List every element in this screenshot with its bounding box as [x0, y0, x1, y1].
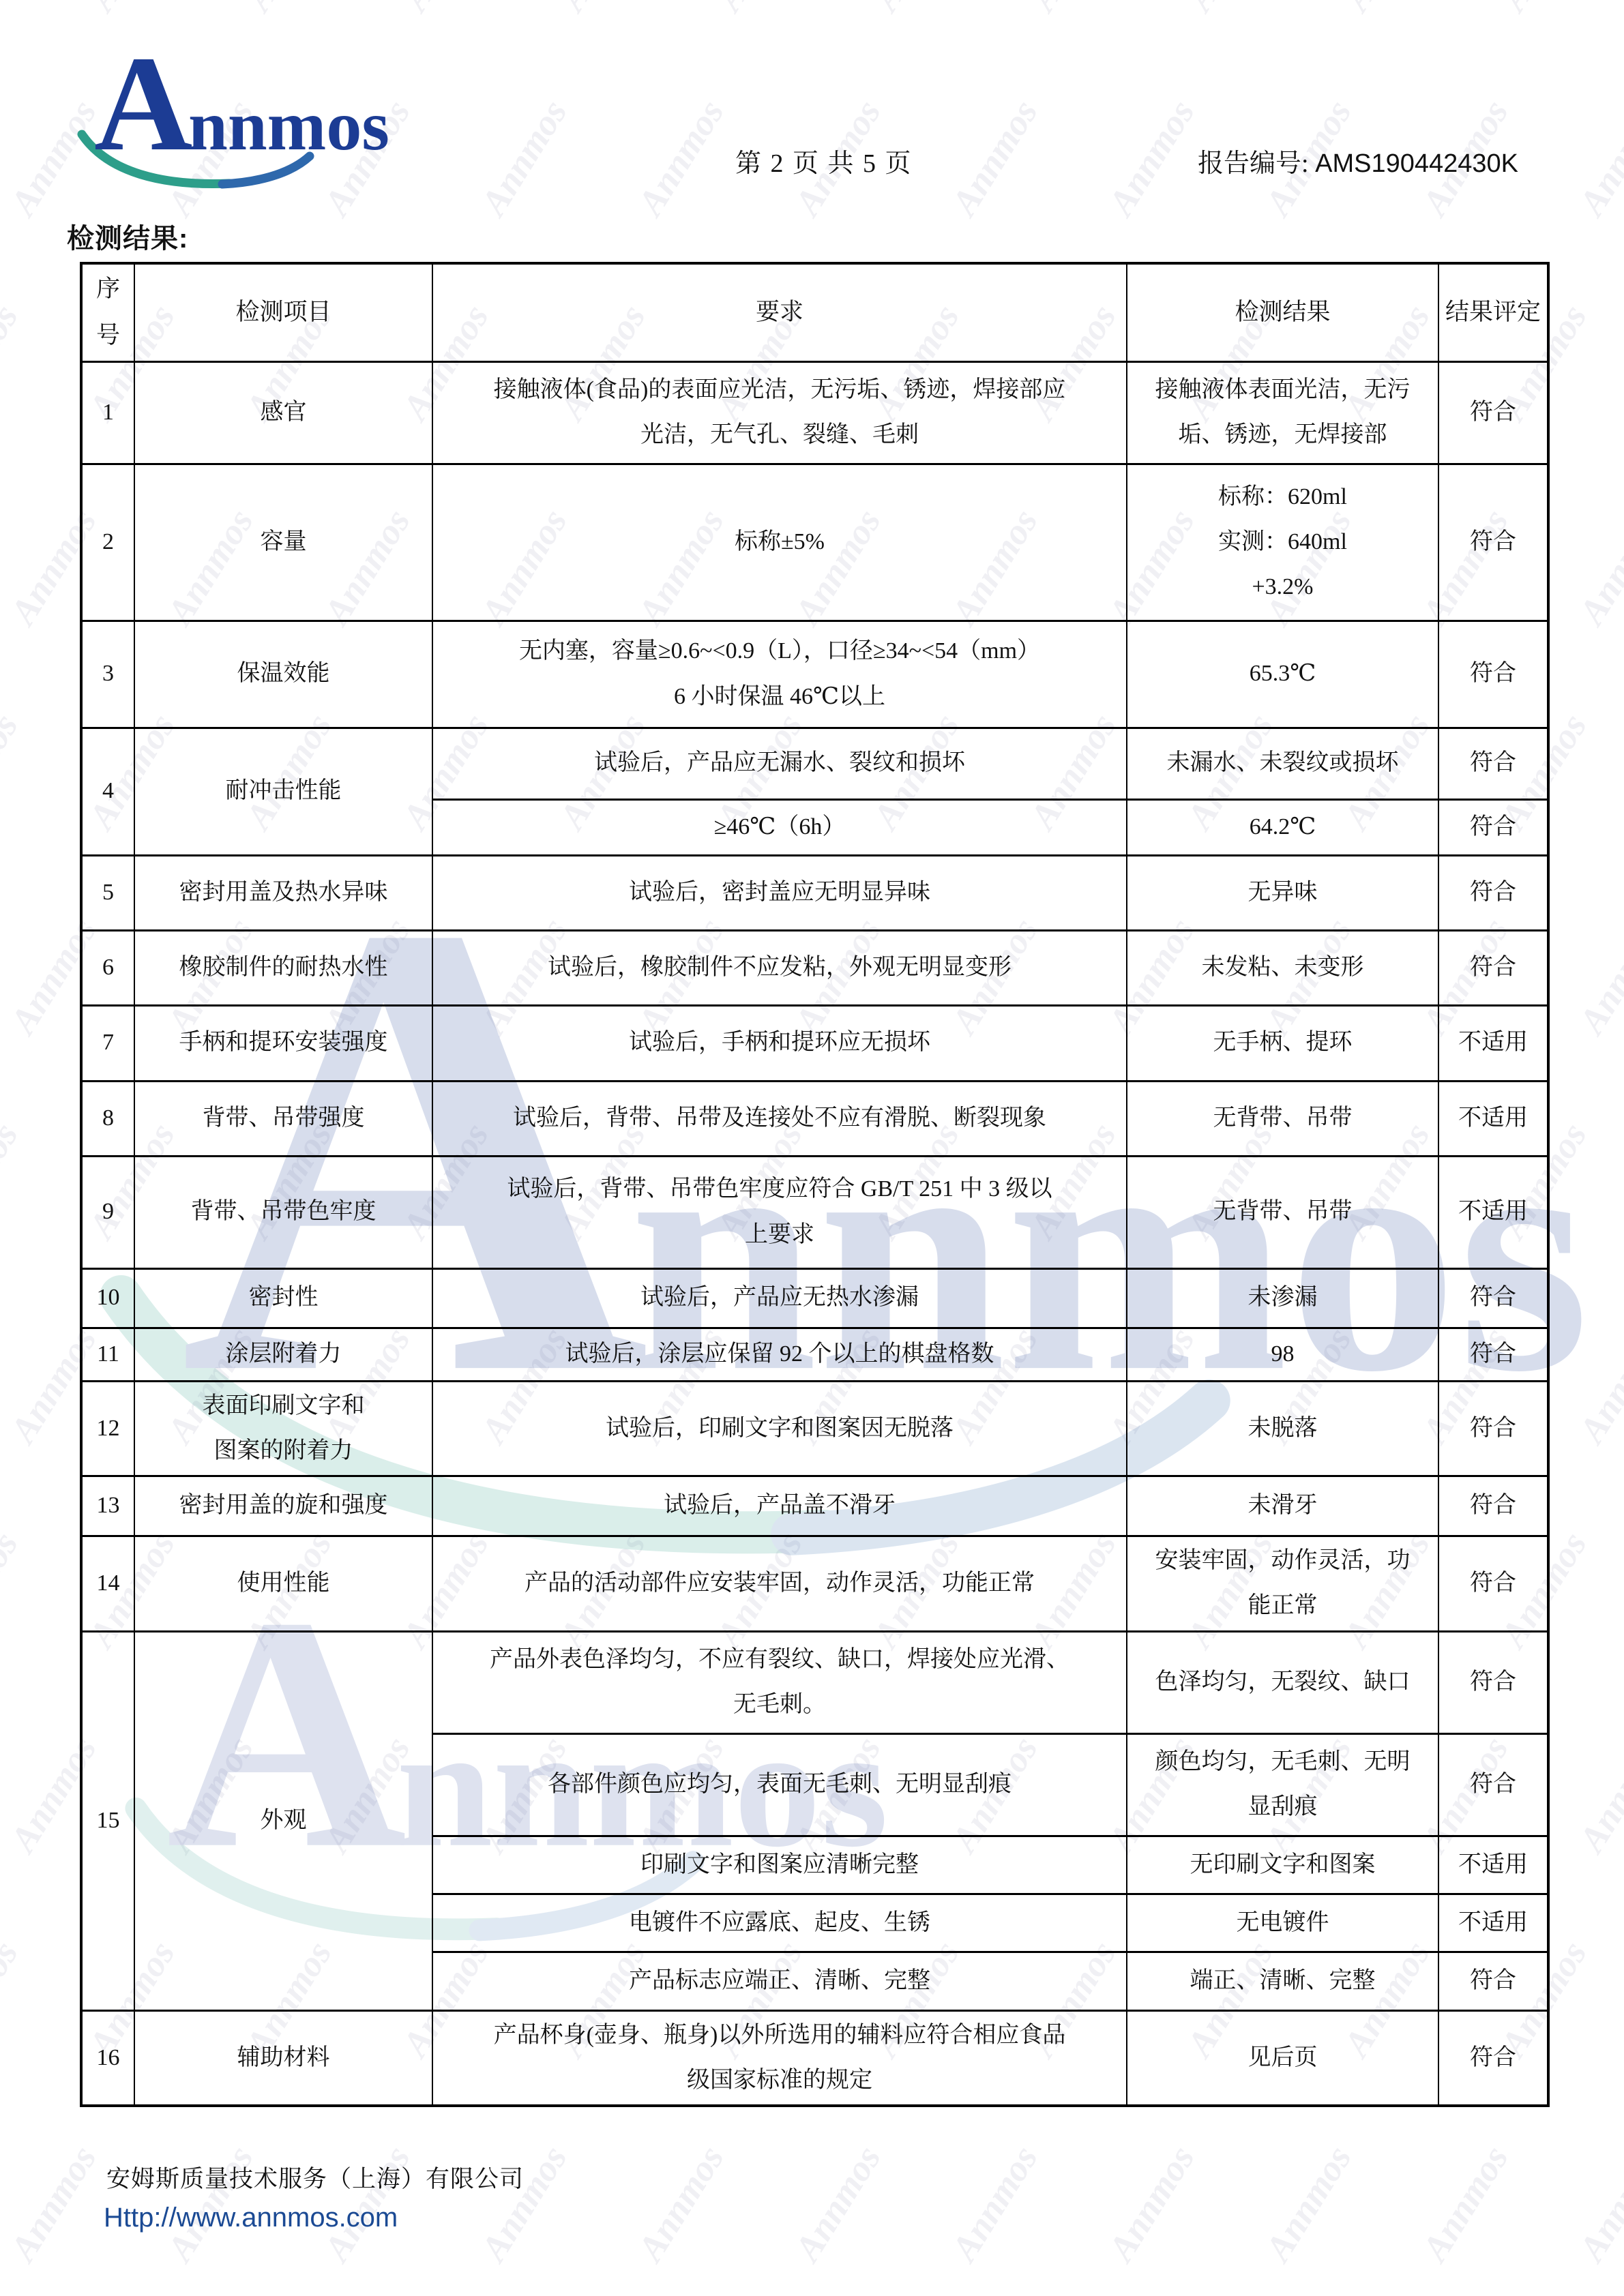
row-verdict: 符合	[1438, 1381, 1548, 1476]
row-no: 6	[81, 930, 134, 1005]
row-verdict: 符合	[1438, 1268, 1548, 1328]
row-verdict: 不适用	[1438, 1156, 1548, 1268]
row-verdict: 不适用	[1438, 1081, 1548, 1156]
row-no: 1	[81, 361, 134, 464]
row-result: 安装牢固，动作灵活，功 能正常	[1127, 1536, 1438, 1632]
row-result: 见后页	[1127, 2010, 1438, 2106]
logo-letter-a: A	[94, 31, 192, 179]
table-row: 15 外观 产品外表色泽均匀，不应有裂纹、缺口，焊接处应光滑、 无毛刺。 色泽均…	[81, 1631, 1548, 1733]
row-result: 颜色均匀，无毛刺、无明 显刮痕	[1127, 1733, 1438, 1836]
row-no: 15	[81, 1631, 134, 2010]
row-item: 容量	[134, 464, 432, 621]
row-item: 橡胶制件的耐热水性	[134, 930, 432, 1005]
row-requirement: 试验后，产品应无漏水、裂纹和损坏	[432, 728, 1127, 799]
annmos-logo-icon: A nnmos	[74, 31, 394, 189]
row-result: 端正、清晰、完整	[1127, 1952, 1438, 2010]
row-no: 10	[81, 1268, 134, 1328]
row-verdict: 符合	[1438, 464, 1548, 621]
row-verdict: 不适用	[1438, 1836, 1548, 1894]
table-row: 13 密封用盖的旋和强度 试验后，产品盖不滑牙 未滑牙 符合	[81, 1476, 1548, 1536]
row-item: 涂层附着力	[134, 1328, 432, 1381]
row-requirement: 试验后，密封盖应无明显异味	[432, 855, 1127, 930]
row-no: 16	[81, 2010, 134, 2106]
row-no: 11	[81, 1328, 134, 1381]
row-no: 12	[81, 1381, 134, 1476]
row-item: 密封性	[134, 1268, 432, 1328]
table-header-row: 序号 检测项目 要求 检测结果 结果评定	[81, 263, 1548, 361]
section-title: 检测结果:	[67, 217, 188, 256]
row-item: 耐冲击性能	[134, 728, 432, 855]
table-row: 4 耐冲击性能 试验后，产品应无漏水、裂纹和损坏 未漏水、未裂纹或损坏 符合	[81, 728, 1548, 799]
row-result: 98	[1127, 1328, 1438, 1381]
row-item: 辅助材料	[134, 2010, 432, 2106]
row-requirement: ≥46℃（6h）	[432, 799, 1127, 855]
row-no: 13	[81, 1476, 134, 1536]
row-requirement: 产品杯身(壶身、瓶身)以外所选用的辅料应符合相应食品 级国家标准的规定	[432, 2010, 1127, 2106]
col-header-result: 检测结果	[1127, 263, 1438, 361]
table-row: 5 密封用盖及热水异味 试验后，密封盖应无明显异味 无异味 符合	[81, 855, 1548, 930]
row-item: 背带、吊带色牢度	[134, 1156, 432, 1268]
row-verdict: 符合	[1438, 1631, 1548, 1733]
row-no: 2	[81, 464, 134, 621]
row-no: 5	[81, 855, 134, 930]
row-verdict: 符合	[1438, 1476, 1548, 1536]
col-header-item: 检测项目	[134, 263, 432, 361]
row-result: 未漏水、未裂纹或损坏	[1127, 728, 1438, 799]
row-result: 无异味	[1127, 855, 1438, 930]
row-verdict: 符合	[1438, 1733, 1548, 1836]
page-number-indicator: 第 2 页 共 5 页	[735, 142, 913, 179]
row-result: 无电镀件	[1127, 1894, 1438, 1952]
company-logo: A nnmos	[74, 31, 394, 189]
row-result: 未发粘、未变形	[1127, 930, 1438, 1005]
row-result: 未渗漏	[1127, 1268, 1438, 1328]
results-table: 序号 检测项目 要求 检测结果 结果评定 1 感官 接触液体(食品)的表面应光洁…	[80, 262, 1550, 2107]
table-row: 11 涂层附着力 试验后，涂层应保留 92 个以上的棋盘格数 98 符合	[81, 1328, 1548, 1381]
row-verdict: 符合	[1438, 728, 1548, 799]
table-row: 8 背带、吊带强度 试验后，背带、吊带及连接处不应有滑脱、断裂现象 无背带、吊带…	[81, 1081, 1548, 1156]
row-requirement: 产品标志应端正、清晰、完整	[432, 1952, 1127, 2010]
row-result: 标称：620ml 实测：640ml +3.2%	[1127, 464, 1438, 621]
row-requirement: 试验后，涂层应保留 92 个以上的棋盘格数	[432, 1328, 1127, 1381]
row-verdict: 符合	[1438, 1952, 1548, 2010]
report-number-value: AMS190442430K	[1315, 149, 1518, 178]
row-verdict: 符合	[1438, 799, 1548, 855]
row-result: 接触液体表面光洁，无污 垢、锈迹，无焊接部	[1127, 361, 1438, 464]
row-verdict: 不适用	[1438, 1005, 1548, 1081]
row-requirement: 产品外表色泽均匀，不应有裂纹、缺口，焊接处应光滑、 无毛刺。	[432, 1631, 1127, 1733]
row-verdict: 符合	[1438, 621, 1548, 728]
row-requirement: 印刷文字和图案应清晰完整	[432, 1836, 1127, 1894]
row-requirement: 电镀件不应露底、起皮、生锈	[432, 1894, 1127, 1952]
table-row: 16 辅助材料 产品杯身(壶身、瓶身)以外所选用的辅料应符合相应食品 级国家标准…	[81, 2010, 1548, 2106]
row-verdict: 符合	[1438, 1328, 1548, 1381]
row-requirement: 试验后，产品应无热水渗漏	[432, 1268, 1127, 1328]
row-requirement: 试验后，背带、吊带色牢度应符合 GB/T 251 中 3 级以 上要求	[432, 1156, 1127, 1268]
col-header-verdict: 结果评定	[1438, 263, 1548, 361]
row-verdict: 符合	[1438, 930, 1548, 1005]
row-result: 色泽均匀，无裂纹、缺口	[1127, 1631, 1438, 1733]
row-result: 65.3℃	[1127, 621, 1438, 728]
col-header-no: 序号	[81, 263, 134, 361]
report-number-label: 报告编号:	[1198, 149, 1315, 178]
table-row: 6 橡胶制件的耐热水性 试验后，橡胶制件不应发粘，外观无明显变形 未发粘、未变形…	[81, 930, 1548, 1005]
row-item: 表面印刷文字和 图案的附着力	[134, 1381, 432, 1476]
row-no: 3	[81, 621, 134, 728]
row-no: 7	[81, 1005, 134, 1081]
table-row: 7 手柄和提环安装强度 试验后，手柄和提环应无损坏 无手柄、提环 不适用	[81, 1005, 1548, 1081]
row-requirement: 试验后，背带、吊带及连接处不应有滑脱、断裂现象	[432, 1081, 1127, 1156]
row-item: 密封用盖的旋和强度	[134, 1476, 432, 1536]
table-row: 9 背带、吊带色牢度 试验后，背带、吊带色牢度应符合 GB/T 251 中 3 …	[81, 1156, 1548, 1268]
row-item: 使用性能	[134, 1536, 432, 1632]
table-row: 2 容量 标称±5% 标称：620ml 实测：640ml +3.2% 符合	[81, 464, 1548, 621]
row-no: 8	[81, 1081, 134, 1156]
row-item: 手柄和提环安装强度	[134, 1005, 432, 1081]
row-requirement: 试验后，产品盖不滑牙	[432, 1476, 1127, 1536]
footer-website-link[interactable]: Http://www.annmos.com	[104, 2203, 398, 2233]
row-no: 14	[81, 1536, 134, 1632]
logo-word-rest: nnmos	[188, 87, 389, 165]
table-row: 10 密封性 试验后，产品应无热水渗漏 未渗漏 符合	[81, 1268, 1548, 1328]
row-requirement: 标称±5%	[432, 464, 1127, 621]
row-result: 无手柄、提环	[1127, 1005, 1438, 1081]
row-item: 背带、吊带强度	[134, 1081, 432, 1156]
col-header-requirement: 要求	[432, 263, 1127, 361]
row-result: 未滑牙	[1127, 1476, 1438, 1536]
row-no: 4	[81, 728, 134, 855]
row-result: 未脱落	[1127, 1381, 1438, 1476]
row-requirement: 无内塞，容量≥0.6~<0.9（L），口径≥34~<54（mm） 6 小时保温 …	[432, 621, 1127, 728]
row-requirement: 试验后，印刷文字和图案因无脱落	[432, 1381, 1127, 1476]
row-requirement: 各部件颜色应均匀，表面无毛刺、无明显刮痕	[432, 1733, 1127, 1836]
table-row: 12 表面印刷文字和 图案的附着力 试验后，印刷文字和图案因无脱落 未脱落 符合	[81, 1381, 1548, 1476]
row-result: 无背带、吊带	[1127, 1081, 1438, 1156]
row-requirement: 接触液体(食品)的表面应光洁，无污垢、锈迹，焊接部应 光洁，无气孔、裂缝、毛刺	[432, 361, 1127, 464]
row-requirement: 产品的活动部件应安装牢固，动作灵活，功能正常	[432, 1536, 1127, 1632]
row-item: 保温效能	[134, 621, 432, 728]
row-item: 外观	[134, 1631, 432, 2010]
table-row: 14 使用性能 产品的活动部件应安装牢固，动作灵活，功能正常 安装牢固，动作灵活…	[81, 1536, 1548, 1632]
table-row: 3 保温效能 无内塞，容量≥0.6~<0.9（L），口径≥34~<54（mm） …	[81, 621, 1548, 728]
report-number: 报告编号: AMS190442430K	[1198, 142, 1518, 179]
row-verdict: 符合	[1438, 855, 1548, 930]
row-result: 无背带、吊带	[1127, 1156, 1438, 1268]
table-row: 1 感官 接触液体(食品)的表面应光洁，无污垢、锈迹，焊接部应 光洁，无气孔、裂…	[81, 361, 1548, 464]
row-verdict: 符合	[1438, 2010, 1548, 2106]
row-verdict: 符合	[1438, 361, 1548, 464]
report-page: AnnmosAnnmosAnnmosAnnmosAnnmosAnnmosAnnm…	[0, 0, 1624, 2296]
row-no: 9	[81, 1156, 134, 1268]
row-item: 感官	[134, 361, 432, 464]
footer-company-name: 安姆斯质量技术服务（上海）有限公司	[106, 2160, 524, 2194]
row-requirement: 试验后，手柄和提环应无损坏	[432, 1005, 1127, 1081]
row-result: 无印刷文字和图案	[1127, 1836, 1438, 1894]
row-verdict: 符合	[1438, 1536, 1548, 1632]
row-verdict: 不适用	[1438, 1894, 1548, 1952]
row-requirement: 试验后，橡胶制件不应发粘，外观无明显变形	[432, 930, 1127, 1005]
row-item: 密封用盖及热水异味	[134, 855, 432, 930]
row-result: 64.2℃	[1127, 799, 1438, 855]
